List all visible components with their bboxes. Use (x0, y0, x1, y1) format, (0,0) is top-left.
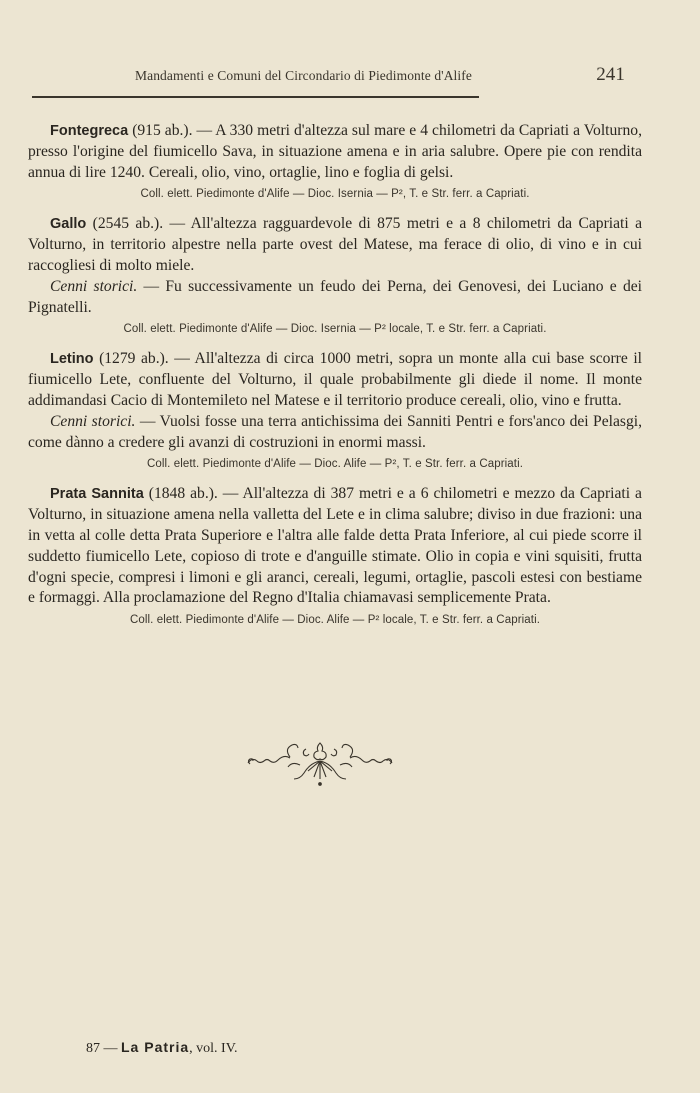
entry-collegio: Coll. elett. Piedimonte d'Alife — Dioc. … (28, 320, 642, 338)
entry-paragraph: Gallo (2545 ab.). — All'altezza ragguard… (28, 214, 642, 276)
history-label: Cenni storici. (50, 413, 135, 430)
page-body: Fontegreca (915 ab.). — A 330 metri d'al… (28, 121, 642, 640)
fleuron-ornament-icon (240, 737, 400, 787)
entry-letino: Letino (1279 ab.). — All'altezza di circ… (28, 349, 642, 473)
entry-fontegreca: Fontegreca (915 ab.). — A 330 metri d'al… (28, 121, 642, 203)
page-footer: 87 — La Patria, vol. IV. (86, 1039, 238, 1057)
entry-prata-sannita: Prata Sannita (1848 ab.). — All'altezza … (28, 484, 642, 629)
entry-text: — All'altezza di 387 metri e a 6 chilome… (28, 485, 642, 606)
running-header: Mandamenti e Comuni del Circondario di P… (135, 68, 615, 84)
entry-paragraph: Fontegreca (915 ab.). — A 330 metri d'al… (28, 121, 642, 183)
entry-gallo: Gallo (2545 ab.). — All'altezza ragguard… (28, 214, 642, 338)
entry-name: Gallo (50, 216, 86, 232)
entry-collegio: Coll. elett. Piedimonte d'Alife — Dioc. … (28, 611, 642, 629)
footer-signature: 87 — (86, 1041, 121, 1056)
page-number: 241 (596, 64, 625, 86)
entry-paragraph: Letino (1279 ab.). — All'altezza di circ… (28, 349, 642, 411)
entry-population: (1279 ab.). (99, 350, 169, 367)
entry-collegio: Coll. elett. Piedimonte d'Alife — Dioc. … (28, 455, 642, 473)
header-rule (32, 96, 479, 99)
entry-population: (915 ab.). (132, 122, 192, 139)
entry-name: Fontegreca (50, 123, 128, 139)
entry-collegio: Coll. elett. Piedimonte d'Alife — Dioc. … (28, 185, 642, 203)
entry-history: Cenni storici. — Fu successivamente un f… (28, 277, 642, 319)
history-label: Cenni storici. (50, 278, 137, 295)
entry-population: (1848 ab.). (149, 485, 218, 502)
entry-name: Prata Sannita (50, 486, 144, 502)
entry-paragraph: Prata Sannita (1848 ab.). — All'altezza … (28, 484, 642, 609)
entry-history: Cenni storici. — Vuolsi fosse una terra … (28, 412, 642, 454)
footer-title: La Patria (121, 1039, 189, 1055)
running-title: Mandamenti e Comuni del Circondario di P… (135, 68, 472, 83)
entry-name: Letino (50, 351, 94, 367)
entry-population: (2545 ab.). (93, 215, 163, 232)
footer-volume: , vol. IV. (189, 1041, 237, 1056)
